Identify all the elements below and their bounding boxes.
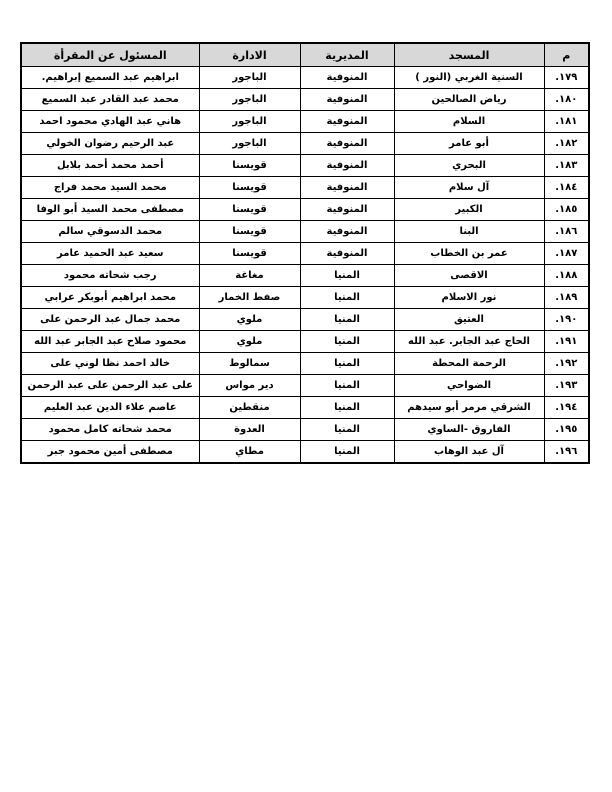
table-row: ١٨٢.أبو عامرالمنوفيةالباجورعبد الرحيم رض… xyxy=(21,133,589,155)
cell-mosque: عمر بن الخطاب xyxy=(394,243,544,265)
table-header-row: م المسجد المديرية الادارة المسئول عن الم… xyxy=(21,43,589,67)
cell-num: ١٩٥. xyxy=(544,419,589,441)
table-row: ١٩٦.آل عبد الوهابالمنيامطايمصطفى أمين مح… xyxy=(21,441,589,464)
cell-directorate: المنوفية xyxy=(300,199,394,221)
cell-mosque: الشرقي مرمر أبو سيدهم xyxy=(394,397,544,419)
table-row: ١٨٦.البناالمنوفيةقويسنامحمد الدسوقي سالم xyxy=(21,221,589,243)
table-row: ١٨٥.الكبيرالمنوفيةقويسنامصطفى محمد السيد… xyxy=(21,199,589,221)
cell-responsible: محمد جمال عبد الرحمن على xyxy=(21,309,199,331)
cell-num: ١٨٦. xyxy=(544,221,589,243)
cell-mosque: الفاروق -الساوي xyxy=(394,419,544,441)
cell-administration: قويسنا xyxy=(199,243,300,265)
cell-directorate: المنيا xyxy=(300,397,394,419)
cell-mosque: الحاج عبد الجابر. عبد الله xyxy=(394,331,544,353)
cell-mosque: البحري xyxy=(394,155,544,177)
cell-num: ١٩٤. xyxy=(544,397,589,419)
cell-responsible: محمود صلاح عبد الجابر عبد الله xyxy=(21,331,199,353)
cell-administration: الباجور xyxy=(199,89,300,111)
mosque-roster-table: م المسجد المديرية الادارة المسئول عن الم… xyxy=(20,42,590,464)
column-header-administration: الادارة xyxy=(199,43,300,67)
cell-directorate: المنوفية xyxy=(300,89,394,111)
cell-administration: قويسنا xyxy=(199,221,300,243)
cell-directorate: المنيا xyxy=(300,353,394,375)
cell-mosque: أبو عامر xyxy=(394,133,544,155)
cell-directorate: المنيا xyxy=(300,419,394,441)
cell-responsible: هاني عبد الهادي محمود احمد xyxy=(21,111,199,133)
cell-responsible: خالد احمد نظا لوني على xyxy=(21,353,199,375)
table-row: ١٨٩.نور الاسلامالمنياصفط الخمارمحمد ابرا… xyxy=(21,287,589,309)
cell-mosque: نور الاسلام xyxy=(394,287,544,309)
cell-administration: قويسنا xyxy=(199,177,300,199)
cell-mosque: البنا xyxy=(394,221,544,243)
cell-administration: ملوي xyxy=(199,309,300,331)
table-row: ١٩٤.الشرقي مرمر أبو سيدهمالمنيامنقطينعاص… xyxy=(21,397,589,419)
table-row: ١٩٠.العتيقالمنياملويمحمد جمال عبد الرحمن… xyxy=(21,309,589,331)
cell-num: ١٨٧. xyxy=(544,243,589,265)
cell-responsible: أحمد محمد أحمد بلابل xyxy=(21,155,199,177)
cell-directorate: المنوفية xyxy=(300,243,394,265)
cell-responsible: عاصم علاء الدين عبد العليم xyxy=(21,397,199,419)
table-row: ١٨٨.الاقصىالمنيامغاغةرجب شحاته محمود xyxy=(21,265,589,287)
cell-mosque: الاقصى xyxy=(394,265,544,287)
table-row: ١٩١.الحاج عبد الجابر. عبد اللهالمنياملوي… xyxy=(21,331,589,353)
cell-directorate: المنوفية xyxy=(300,177,394,199)
cell-num: ١٩٢. xyxy=(544,353,589,375)
cell-num: ١٧٩. xyxy=(544,67,589,89)
cell-responsible: عبد الرحيم رضوان الخولي xyxy=(21,133,199,155)
cell-directorate: المنيا xyxy=(300,441,394,464)
cell-directorate: المنيا xyxy=(300,265,394,287)
cell-responsible: ابراهيم عبد السميع إبراهيم. xyxy=(21,67,199,89)
column-header-responsible: المسئول عن المقرأة xyxy=(21,43,199,67)
table-row: ١٩٥.الفاروق -الساويالمنياالعدوةمحمد شحات… xyxy=(21,419,589,441)
cell-directorate: المنوفية xyxy=(300,133,394,155)
cell-num: ١٩٣. xyxy=(544,375,589,397)
cell-responsible: محمد شحاته كامل محمود xyxy=(21,419,199,441)
cell-mosque: العتيق xyxy=(394,309,544,331)
cell-num: ١٩١. xyxy=(544,331,589,353)
table-body: ١٧٩.السنية الغربي (النور )المنوفيةالباجو… xyxy=(21,67,589,464)
cell-responsible: مصطفى محمد السيد أبو الوفا xyxy=(21,199,199,221)
cell-directorate: المنيا xyxy=(300,375,394,397)
column-header-mosque: المسجد xyxy=(394,43,544,67)
document-page: م المسجد المديرية الادارة المسئول عن الم… xyxy=(0,0,612,792)
cell-num: ١٨٩. xyxy=(544,287,589,309)
cell-mosque: آل عبد الوهاب xyxy=(394,441,544,464)
cell-responsible: محمد السيد محمد فراج xyxy=(21,177,199,199)
table-row: ١٩٣.الضواحيالمنيادير مواسعلى عبد الرحمن … xyxy=(21,375,589,397)
table-row: ١٨٤.آل سلامالمنوفيةقويسنامحمد السيد محمد… xyxy=(21,177,589,199)
cell-num: ١٨٥. xyxy=(544,199,589,221)
table-row: ١٨٠.رياض الصالحينالمنوفيةالباجورمحمد عبد… xyxy=(21,89,589,111)
cell-mosque: آل سلام xyxy=(394,177,544,199)
cell-administration: مطاي xyxy=(199,441,300,464)
cell-responsible: محمد ابراهيم أبوبكر عرابي xyxy=(21,287,199,309)
cell-num: ١٩٦. xyxy=(544,441,589,464)
table-row: ١٨٣.البحريالمنوفيةقويسناأحمد محمد أحمد ب… xyxy=(21,155,589,177)
table-row: ١٧٩.السنية الغربي (النور )المنوفيةالباجو… xyxy=(21,67,589,89)
cell-num: ١٨٢. xyxy=(544,133,589,155)
cell-administration: الباجور xyxy=(199,67,300,89)
cell-num: ١٨٠. xyxy=(544,89,589,111)
cell-responsible: محمد الدسوقي سالم xyxy=(21,221,199,243)
cell-administration: قويسنا xyxy=(199,199,300,221)
cell-administration: العدوة xyxy=(199,419,300,441)
cell-mosque: الكبير xyxy=(394,199,544,221)
cell-administration: صفط الخمار xyxy=(199,287,300,309)
cell-mosque: السلام xyxy=(394,111,544,133)
cell-mosque: السنية الغربي (النور ) xyxy=(394,67,544,89)
column-header-directorate: المديرية xyxy=(300,43,394,67)
cell-num: ١٨٣. xyxy=(544,155,589,177)
cell-num: ١٨٨. xyxy=(544,265,589,287)
cell-num: ١٨١. xyxy=(544,111,589,133)
cell-administration: سمالوط xyxy=(199,353,300,375)
cell-directorate: المنوفية xyxy=(300,67,394,89)
cell-num: ١٩٠. xyxy=(544,309,589,331)
cell-mosque: الضواحي xyxy=(394,375,544,397)
cell-administration: الباجور xyxy=(199,133,300,155)
table-row: ١٨٧.عمر بن الخطابالمنوفيةقويسناسعيد عبد … xyxy=(21,243,589,265)
cell-administration: الباجور xyxy=(199,111,300,133)
cell-responsible: محمد عبد القادر عبد السميع xyxy=(21,89,199,111)
cell-responsible: على عبد الرحمن على عبد الرحمن xyxy=(21,375,199,397)
cell-responsible: رجب شحاته محمود xyxy=(21,265,199,287)
table-row: ١٩٢.الرحمة المحطةالمنياسمالوطخالد احمد ن… xyxy=(21,353,589,375)
cell-num: ١٨٤. xyxy=(544,177,589,199)
cell-responsible: مصطفى أمين محمود جبر xyxy=(21,441,199,464)
cell-directorate: المنوفية xyxy=(300,111,394,133)
cell-directorate: المنوفية xyxy=(300,221,394,243)
cell-administration: مغاغة xyxy=(199,265,300,287)
cell-administration: دير مواس xyxy=(199,375,300,397)
cell-mosque: الرحمة المحطة xyxy=(394,353,544,375)
cell-administration: ملوي xyxy=(199,331,300,353)
cell-administration: منقطين xyxy=(199,397,300,419)
cell-administration: قويسنا xyxy=(199,155,300,177)
cell-directorate: المنوفية xyxy=(300,155,394,177)
cell-mosque: رياض الصالحين xyxy=(394,89,544,111)
cell-directorate: المنيا xyxy=(300,331,394,353)
table-row: ١٨١.السلامالمنوفيةالباجورهاني عبد الهادي… xyxy=(21,111,589,133)
cell-directorate: المنيا xyxy=(300,309,394,331)
cell-responsible: سعيد عبد الحميد عامر xyxy=(21,243,199,265)
column-header-num: م xyxy=(544,43,589,67)
cell-directorate: المنيا xyxy=(300,287,394,309)
